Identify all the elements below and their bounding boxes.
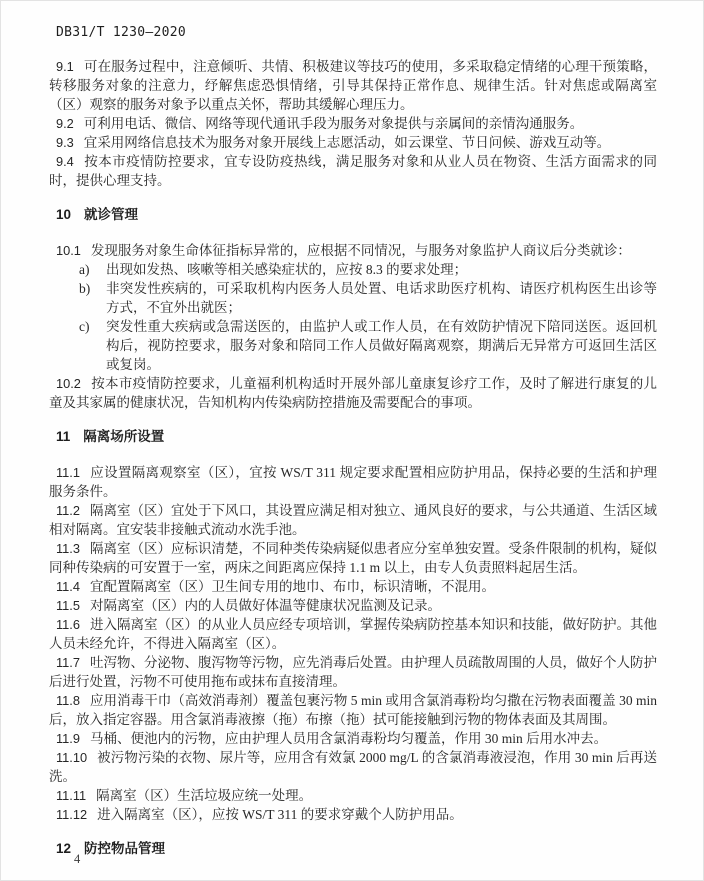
clause-text: 应用消毒干巾（高效消毒剂）覆盖包裹污物 5 min 或用含氯消毒粉均匀撒在污物表… [49,693,657,727]
section-number: 11 [56,429,70,444]
clause-11-4: 11.4宜配置隔离室（区）卫生间专用的地巾、布巾，标识清晰，不混用。 [49,577,657,596]
section-heading-10: 10就诊管理 [49,205,657,224]
clause-number: 11.2 [56,503,80,518]
clause-text: 隔离室（区）生活垃圾应统一处理。 [96,788,312,803]
clause-text: 可利用电话、微信、网络等现代通讯手段为服务对象提供与亲属间的亲情沟通服务。 [84,116,584,131]
list-item-b: b)非突发性疾病的，可采取机构内医务人员处置、电话求助医疗机构、请医疗机构医生出… [49,279,657,317]
list-item-a: a)出现如发热、咳嗽等相关感染症状的，应按 8.3 的要求处理； [49,260,657,279]
clause-11-7: 11.7吐泻物、分泌物、腹泻物等污物，应先消毒后处置。由护理人员疏散周围的人员，… [49,653,657,691]
clause-number: 11.4 [56,579,80,594]
clause-text: 隔离室（区）应标识清楚，不同种类传染病疑似患者应分室单独安置。受条件限制的机构，… [49,541,657,575]
clause-11-10: 11.10被污物污染的衣物、尿片等，应用含有效氯 2000 mg/L 的含氯消毒… [49,748,657,786]
clause-number: 11.6 [56,617,80,632]
list-text: 非突发性疾病的，可采取机构内医务人员处置、电话求助医疗机构、请医疗机构医生出诊等… [106,281,657,315]
clause-text: 宜配置隔离室（区）卫生间专用的地巾、布巾，标识清晰，不混用。 [90,579,495,594]
list-item-c: c)突发性重大疾病或急需送医的，由监护人或工作人员，在有效防护情况下陪同送医。返… [49,317,657,374]
clause-text: 可在服务过程中，注意倾听、共情、积极建议等技巧的使用，多采取稳定情绪的心理干预策… [49,59,657,112]
clause-text: 隔离室（区）宜处于下风口，其设置应满足相对独立、通风良好的要求，与公共通道、生活… [49,503,657,537]
section-title: 隔离场所设置 [83,429,164,444]
clause-9-2: 9.2可利用电话、微信、网络等现代通讯手段为服务对象提供与亲属间的亲情沟通服务。 [49,114,657,133]
clause-9-3: 9.3宜采用网络信息技术为服务对象开展线上志愿活动，如云课堂、节日问候、游戏互动… [49,133,657,152]
clause-11-11: 11.11隔离室（区）生活垃圾应统一处理。 [49,786,657,805]
clause-text: 进入隔离室（区）的从业人员应经专项培训，掌握传染病防控基本知识和技能，做好防护。… [49,617,657,651]
page-number: 4 [74,852,80,867]
clause-10-2: 10.2按本市疫情防控要求，儿童福利机构适时开展外部儿童康复诊疗工作，及时了解进… [49,374,657,412]
clause-11-8: 11.8应用消毒干巾（高效消毒剂）覆盖包裹污物 5 min 或用含氯消毒粉均匀撒… [49,691,657,729]
list-label: a) [79,260,90,279]
clause-10-1: 10.1发现服务对象生命体征指标异常的，应根据不同情况，与服务对象监护人商议后分… [49,241,657,260]
list-label: c) [79,317,90,336]
section-title: 就诊管理 [84,207,138,222]
clause-11-5: 11.5对隔离室（区）内的人员做好体温等健康状况监测及记录。 [49,596,657,615]
clause-number: 11.3 [56,541,80,556]
clause-text: 马桶、便池内的污物，应由护理人员用含氯消毒粉均匀覆盖，作用 30 min 后用水… [90,731,607,746]
clause-number: 11.1 [56,465,80,480]
clause-text: 进入隔离室（区），应按 WS/T 311 的要求穿戴个人防护用品。 [97,807,463,822]
clause-number: 11.9 [56,731,80,746]
list-text: 突发性重大疾病或急需送医的，由监护人或工作人员，在有效防护情况下陪同送医。返回机… [106,319,657,372]
clause-11-2: 11.2隔离室（区）宜处于下风口，其设置应满足相对独立、通风良好的要求，与公共通… [49,501,657,539]
clause-number: 10.1 [56,243,81,258]
list-label: b) [79,279,90,298]
clause-number: 9.2 [56,116,74,131]
document-page: DB31/T 1230—2020 9.1可在服务过程中，注意倾听、共情、积极建议… [0,0,704,881]
section-title: 防控物品管理 [84,841,165,856]
clause-number: 11.5 [56,598,80,613]
clause-11-9: 11.9马桶、便池内的污物，应由护理人员用含氯消毒粉均匀覆盖，作用 30 min… [49,729,657,748]
clause-text: 发现服务对象生命体征指标异常的，应根据不同情况，与服务对象监护人商议后分类就诊： [91,243,631,258]
section-heading-12: 12防控物品管理 [49,839,657,858]
clause-text: 吐泻物、分泌物、腹泻物等污物，应先消毒后处置。由护理人员疏散周围的人员，做好个人… [49,655,657,689]
clause-number: 9.1 [56,59,74,74]
clause-text: 宜采用网络信息技术为服务对象开展线上志愿活动，如云课堂、节日问候、游戏互动等。 [84,135,611,150]
clause-number: 9.3 [56,135,74,150]
section-number: 12 [56,841,71,856]
section-heading-11: 11隔离场所设置 [49,427,657,446]
standard-number-header: DB31/T 1230—2020 [56,25,657,40]
clause-number: 11.11 [56,788,86,803]
clause-11-1: 11.1应设置隔离观察室（区），宜按 WS/T 311 规定要求配置相应防护用品… [49,463,657,501]
clause-text: 应设置隔离观察室（区），宜按 WS/T 311 规定要求配置相应防护用品，保持必… [49,465,657,499]
clause-text: 按本市疫情防控要求，宜专设防疫热线，满足服务对象和从业人员在物资、生活方面需求的… [49,154,657,188]
clause-number: 10.2 [56,376,81,391]
clause-number: 11.10 [56,750,87,765]
clause-text: 对隔离室（区）内的人员做好体温等健康状况监测及记录。 [90,598,441,613]
clause-11-3: 11.3隔离室（区）应标识清楚，不同种类传染病疑似患者应分室单独安置。受条件限制… [49,539,657,577]
clause-text: 按本市疫情防控要求，儿童福利机构适时开展外部儿童康复诊疗工作，及时了解进行康复的… [49,376,657,410]
clause-11-6: 11.6进入隔离室（区）的从业人员应经专项培训，掌握传染病防控基本知识和技能，做… [49,615,657,653]
clause-number: 9.4 [56,154,74,169]
section-number: 10 [56,207,71,222]
clause-text: 被污物污染的衣物、尿片等，应用含有效氯 2000 mg/L 的含氯消毒液浸泡，作… [49,750,657,784]
clause-9-1: 9.1可在服务过程中，注意倾听、共情、积极建议等技巧的使用，多采取稳定情绪的心理… [49,57,657,114]
clause-9-4: 9.4按本市疫情防控要求，宜专设防疫热线，满足服务对象和从业人员在物资、生活方面… [49,152,657,190]
list-text: 出现如发热、咳嗽等相关感染症状的，应按 8.3 的要求处理； [106,262,467,277]
clause-number: 11.7 [56,655,80,670]
clause-number: 11.8 [56,693,80,708]
clause-number: 11.12 [56,807,87,822]
clause-11-12: 11.12进入隔离室（区），应按 WS/T 311 的要求穿戴个人防护用品。 [49,805,657,824]
